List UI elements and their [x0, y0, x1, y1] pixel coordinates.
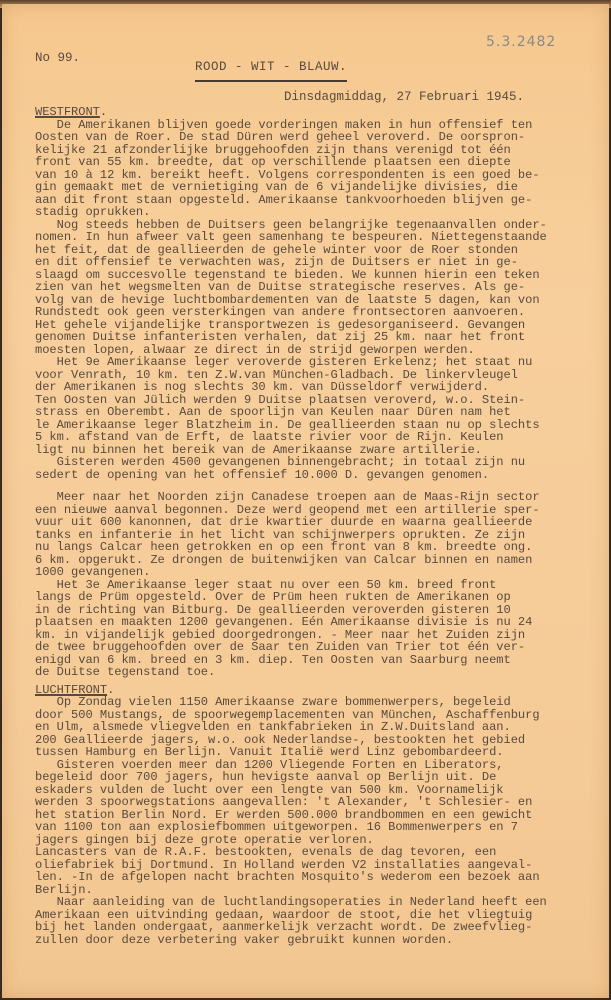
paragraph: Gisteren voerden meer dan 1200 Vliegende…	[35, 759, 605, 897]
issue-number: No 99.	[35, 51, 80, 65]
text-line: nu langs Calcar heen getrokken en op een…	[35, 541, 605, 554]
dateline: Dinsdagmiddag, 27 Februari 1945.	[284, 90, 524, 104]
text-line: begeleid door 700 jagers, hun hevigste a…	[35, 771, 605, 784]
bulletin-title: ROOD - WIT - BLAUW.	[195, 60, 347, 82]
text-line: Het 9e Amerikaanse leger veroverde giste…	[35, 356, 605, 369]
section-heading-label: WESTFRONT	[35, 105, 100, 119]
text-line: len. -In de afgelopen nacht brachten Mos…	[35, 871, 605, 884]
text-line: Op Zondag vielen 1150 Amerikaanse zware …	[35, 696, 605, 709]
text-line: de twee bruggehoofden over de Saar ten Z…	[35, 641, 605, 654]
text-line: Gisteren werden 4500 gevangenen binnenge…	[35, 456, 605, 469]
text-line: en Ulm, alsmede vliegvelden en tankfabri…	[35, 721, 605, 734]
text-line: 1000 gevangenen.	[35, 566, 605, 579]
text-line: gin gemaakt met de vernietiging van de 6…	[35, 181, 605, 194]
text-line: zien van het wegsmelten van de Duitse st…	[35, 281, 605, 294]
paragraph: Het 3e Amerikaanse leger staat nu over e…	[35, 579, 605, 679]
text-line: zullen door deze verbetering vaker gebru…	[35, 934, 605, 947]
paragraph: Meer naar het Noorden zijn Canadese troe…	[35, 491, 605, 579]
text-line: nomen. In hun afweer valt geen samenhang…	[35, 231, 605, 244]
text-line: Lancasters van de R.A.F. bestookten, eve…	[35, 846, 605, 859]
text-line: van 1100 ton aan explosiefbommen uitgewo…	[35, 821, 605, 834]
text-line: plaatsen en maakten 1200 gevangenen. Eén…	[35, 616, 605, 629]
archive-reference-annotation: 5.3.2482	[486, 34, 556, 50]
text-line: 5 km. afstand van de Erft, de laatste ri…	[35, 431, 605, 444]
text-line: Meer naar het Noorden zijn Canadese troe…	[35, 491, 605, 504]
text-line: vuur uit 600 kanonnen, dat drie kwartier…	[35, 516, 605, 529]
text-line: sedert de opening van het offensief 10.0…	[35, 469, 605, 482]
text-line: stadig oprukken.	[35, 206, 605, 219]
text-line: Oosten van de Roer. De stad Düren werd g…	[35, 131, 605, 144]
text-line: genomen Duitse infanteristen verhalen, d…	[35, 331, 605, 344]
text-line: werden 3 spoorwegstations aangevallen: '…	[35, 796, 605, 809]
paragraph: Nog steeds hebben de Duitsers geen belan…	[35, 219, 605, 357]
section-heading: WESTFRONT.	[35, 106, 605, 119]
text-line: front van 55 km. breedte, dat op verschi…	[35, 156, 605, 169]
paragraph: Naar aanleiding van de luchtlandingsoper…	[35, 896, 605, 946]
text-line: Rundstedt ook geen versterkingen van and…	[35, 306, 605, 319]
text-line: de Duitse tegenstand toe.	[35, 666, 605, 679]
text-line: der Amerikanen is nog slechts 30 km. van…	[35, 381, 605, 394]
paragraph: Op Zondag vielen 1150 Amerikaanse zware …	[35, 696, 605, 759]
text-line: en dit offensief te verwachten was, zijn…	[35, 256, 605, 269]
text-line: Naar aanleiding van de luchtlandingsoper…	[35, 896, 605, 909]
paragraph: Gisteren werden 4500 gevangenen binnenge…	[35, 456, 605, 481]
text-line: langs de Prüm opgesteld. Over de Prüm he…	[35, 591, 605, 604]
bulletin-body: WESTFRONT. De Amerikanen blijven goede v…	[35, 106, 605, 946]
paragraph: De Amerikanen blijven goede vorderingen …	[35, 119, 605, 219]
text-line: bij het landen ondergaat, aanmerkelijk v…	[35, 921, 605, 934]
paragraph: Het 9e Amerikaanse leger veroverde giste…	[35, 356, 605, 456]
typewritten-page: 5.3.2482 No 99. ROOD - WIT - BLAUW. Dins…	[2, 4, 609, 998]
text-line: tussen Hamburg en Berlijn. Vanuit Italië…	[35, 746, 605, 759]
text-line: strass en Oberembt. Aan de spoorlijn van…	[35, 406, 605, 419]
